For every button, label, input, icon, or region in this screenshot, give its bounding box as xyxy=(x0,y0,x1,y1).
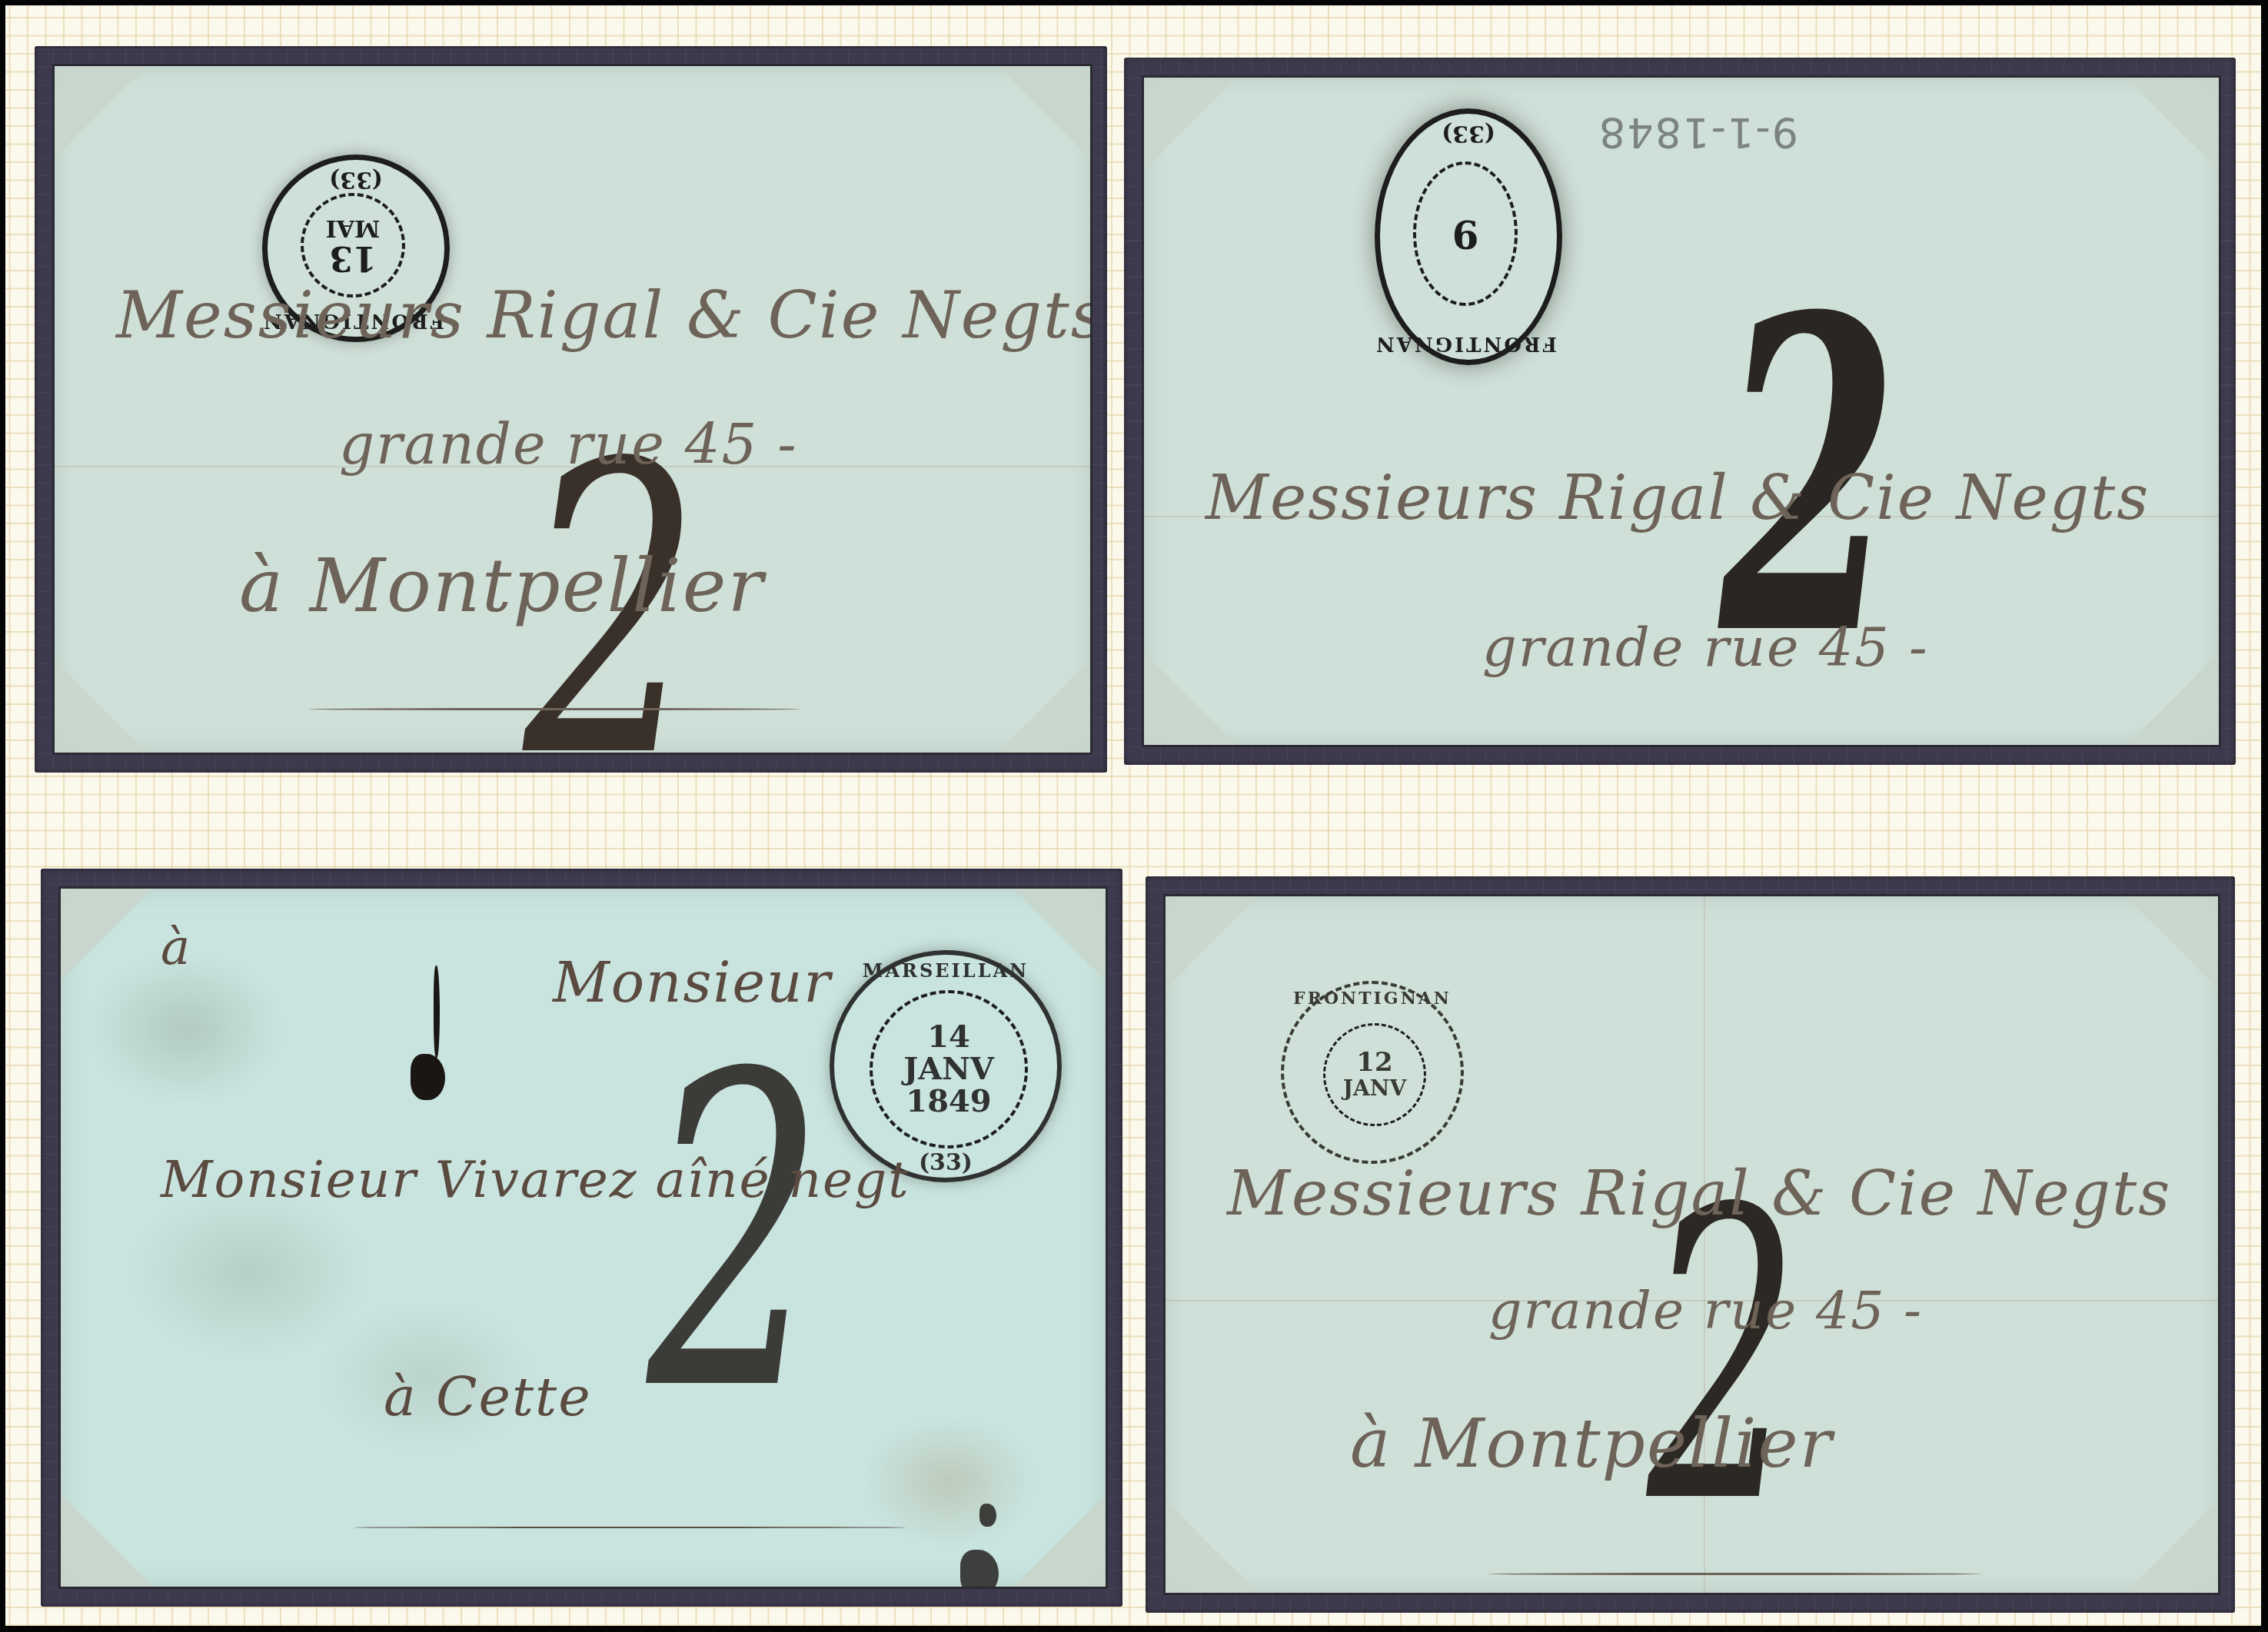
photo-corner xyxy=(1166,896,1258,989)
photo-corner xyxy=(2127,78,2219,170)
photo-corner xyxy=(1144,78,1236,170)
address-line: Monsieur xyxy=(553,950,832,1015)
address-line: Messieurs Rigal & Cie Negts xyxy=(1227,1158,2171,1229)
ink-blot xyxy=(434,966,440,1058)
cover-frame-bottom-right: FRONTIGNAN 12 JANV 2 Messieurs Rigal & C… xyxy=(1146,876,2235,1613)
photo-corner xyxy=(2126,1501,2218,1593)
postmark-town: MARSEILLAN xyxy=(834,959,1057,982)
postmark-day: 12 xyxy=(1356,1049,1392,1077)
photo-corner xyxy=(61,889,153,981)
ink-blot xyxy=(979,1504,996,1527)
photo-corner xyxy=(2126,896,2218,989)
postmark-town: FRONTIGNAN xyxy=(1380,332,1557,355)
ink-blot xyxy=(411,1054,445,1100)
flourish xyxy=(353,1527,906,1528)
postmark-day: 9 xyxy=(1452,214,1479,254)
postmark-day: 13 xyxy=(329,240,376,275)
postmark: FRONTIGNAN 12 JANV xyxy=(1281,981,1464,1164)
postmark: FRONTIGNAN 9 (33) xyxy=(1375,108,1562,365)
tax-mark: 2 xyxy=(647,1019,825,1450)
photo-corner xyxy=(998,66,1090,158)
address-line: Messieurs Rigal & Cie Negts xyxy=(1205,462,2150,533)
address-line: à Montpellier xyxy=(239,543,764,629)
address-line: Monsieur Vivarez aîné negt xyxy=(161,1150,910,1209)
pencil-date-note: 9-1-1848 xyxy=(1598,108,1798,157)
postmark-month: JANV xyxy=(903,1053,994,1085)
address-line: Messieurs Rigal & Cie Negts xyxy=(116,278,1090,353)
cover-bottom-left: MARSEILLAN 14 JANV 1849 (33) 2 à Monsieu… xyxy=(61,889,1106,1587)
flourish xyxy=(1488,1573,1980,1575)
photo-corner xyxy=(55,660,147,753)
postmark-month: JANV xyxy=(1343,1077,1406,1099)
cover-top-left: FRONTIGNAN 13 MAI (33) 2 Messieurs Rigal… xyxy=(55,66,1090,753)
photo-corner xyxy=(998,660,1090,753)
postmark-dept: (33) xyxy=(1380,120,1557,147)
address-line: à Cette xyxy=(384,1365,592,1428)
photo-corner xyxy=(1166,1501,1258,1593)
album-page: FRONTIGNAN 13 MAI (33) 2 Messieurs Rigal… xyxy=(5,5,2261,1626)
cover-frame-top-right: FRONTIGNAN 9 (33) 9-1-1848 2 Messieurs R… xyxy=(1124,58,2236,765)
postmark: MARSEILLAN 14 JANV 1849 (33) xyxy=(830,950,1062,1182)
photo-corner xyxy=(61,1494,153,1587)
address-line: grande rue 45 - xyxy=(1488,1281,1923,1341)
postmark-town: FRONTIGNAN xyxy=(1284,989,1461,1009)
cover-frame-top-left: FRONTIGNAN 13 MAI (33) 2 Messieurs Rigal… xyxy=(35,46,1107,773)
photo-corner xyxy=(1013,1494,1106,1587)
address-line: grande rue 45 - xyxy=(339,412,798,477)
address-line: grande rue 45 - xyxy=(1482,616,1929,679)
postmark-day: 14 xyxy=(927,1021,970,1053)
photo-corner xyxy=(1144,653,1236,745)
cover-bottom-right: FRONTIGNAN 12 JANV 2 Messieurs Rigal & C… xyxy=(1166,896,2218,1593)
postmark-month: MAI xyxy=(326,215,381,240)
address-line: à Montpellier xyxy=(1350,1404,1834,1483)
postmark-year: 1849 xyxy=(906,1085,991,1118)
flourish xyxy=(308,708,800,710)
cover-top-right: FRONTIGNAN 9 (33) 9-1-1848 2 Messieurs R… xyxy=(1144,78,2219,745)
postmark-dept: (33) xyxy=(268,166,444,193)
photo-corner xyxy=(55,66,147,158)
cover-frame-bottom-left: MARSEILLAN 14 JANV 1849 (33) 2 à Monsieu… xyxy=(41,869,1122,1607)
ink-blot xyxy=(960,1550,999,1587)
photo-corner xyxy=(2127,653,2219,745)
address-line: à xyxy=(161,919,191,976)
